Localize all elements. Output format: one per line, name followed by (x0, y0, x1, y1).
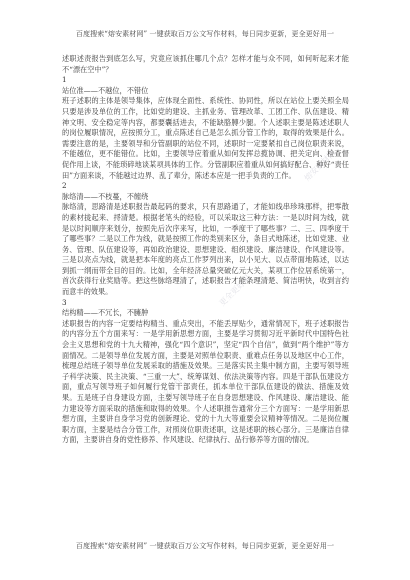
intro-paragraph: 述职述责报告到底怎么写，究竟应该抓住哪几个点？怎样才能与众不同，如何听起来才能不… (62, 54, 349, 75)
section-title: 站位准——不越位，不错位 (62, 86, 349, 97)
document-body: 述职述责报告到底怎么写，究竟应该抓住哪几个点？怎样才能与众不同，如何听起来才能不… (62, 54, 349, 446)
section-title: 脉络清——不枝蔓，不缠绕 (62, 192, 349, 203)
section-paragraph: 班子述职的主体是领导集体，应体现全面性、系统性、协同性，所以在站位上要关照全局只… (62, 96, 349, 181)
section-number: 3 (62, 298, 349, 309)
page-header-ad: 百度搜索“熔安素材网” 一键获取百万公文写作材料，每日同步更新，更全更好用一 (0, 29, 410, 39)
section-number: 1 (62, 75, 349, 86)
section-paragraph: 脉络清，思路清是述职报告最起码的要求，只有思路通了，才能如线串珍珠那样，把零散的… (62, 202, 349, 297)
section-title: 结构精——不冗长，不臃肿 (62, 308, 349, 319)
page-footer-ad: 百度搜索“熔安素材网” 一键获取百万公文写作材料，每日同步更新，更全更好用一 (0, 541, 410, 551)
section-number: 2 (62, 181, 349, 192)
section-paragraph: 述职报告的内容一定要结构精当、重点突出，不能丢厚贴少，通常情况下，班子述职报告的… (62, 319, 349, 446)
